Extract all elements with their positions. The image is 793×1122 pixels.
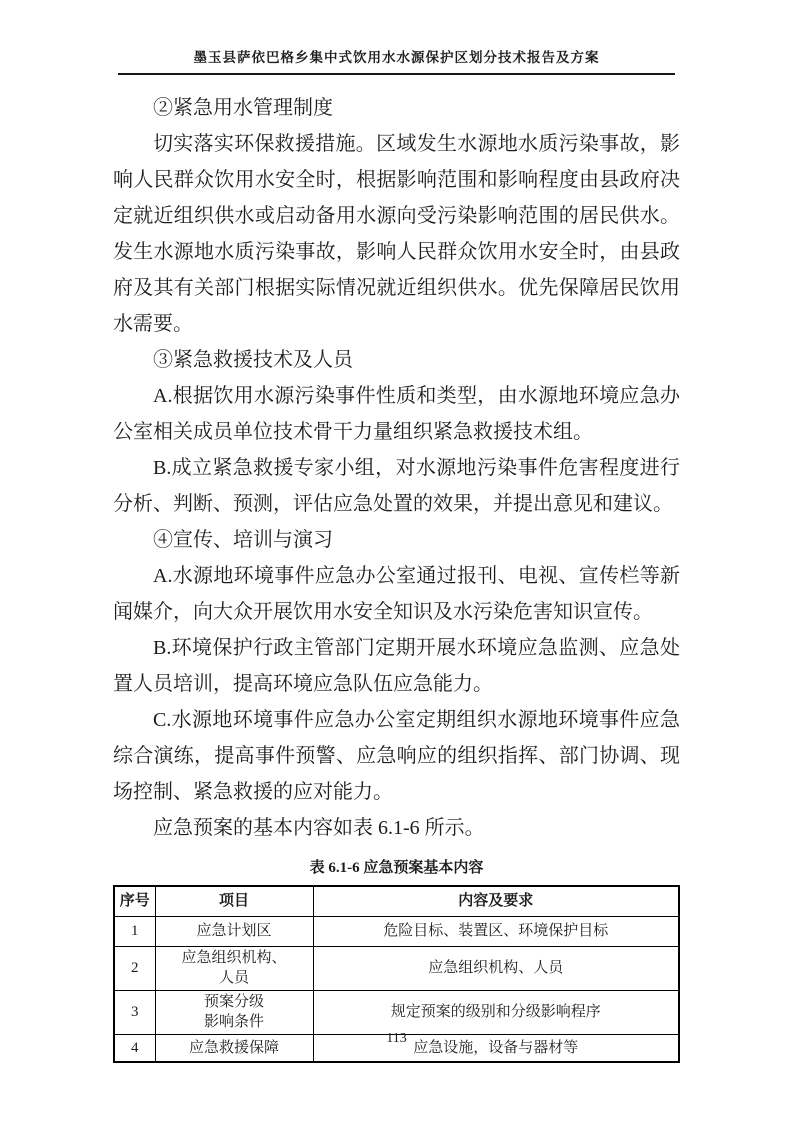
paragraph: B.环境保护行政主管部门定期开展水环境应急监测、应急处置人员培训，提高环境应急队… [113, 630, 680, 702]
paragraph: A.水源地环境事件应急办公室通过报刊、电视、宣传栏等新闻媒介，向大众开展饮用水安… [113, 558, 680, 630]
paragraph: B.成立紧急救援专家小组，对水源地污染事件危害程度进行分析、判断、预测，评估应急… [113, 450, 680, 522]
cell-item: 应急组织机构、 人员 [155, 946, 313, 990]
paragraph: A.根据饮用水源污染事件性质和类型，由水源地环境应急办公室相关成员单位技术骨干力… [113, 378, 680, 450]
table-row: 3 预案分级 影响条件 规定预案的级别和分级影响程序 [114, 990, 679, 1034]
cell-number: 1 [114, 916, 155, 946]
cell-content: 危险目标、装置区、环境保护目标 [313, 916, 679, 946]
paragraph: 切实落实环保救援措施。区域发生水源地水质污染事故，影响人民群众饮用水安全时，根据… [113, 126, 680, 342]
paragraph-heading-3: ③紧急救援技术及人员 [113, 342, 680, 378]
document-page: 墨玉县萨依巴格乡集中式饮用水水源保护区划分技术报告及方案 ②紧急用水管理制度 切… [0, 0, 793, 1122]
paragraph: C.水源地环境事件应急办公室定期组织水源地环境事件应急综合演练，提高事件预警、应… [113, 702, 680, 810]
cell-item: 应急计划区 [155, 916, 313, 946]
paragraph: 应急预案的基本内容如表 6.1-6 所示。 [113, 810, 680, 846]
cell-number: 2 [114, 946, 155, 990]
col-header-item: 项目 [155, 886, 313, 916]
col-header-content: 内容及要求 [313, 886, 679, 916]
running-header-title: 墨玉县萨依巴格乡集中式饮用水水源保护区划分技术报告及方案 [118, 46, 675, 75]
paragraph-heading-4: ④宣传、培训与演习 [113, 522, 680, 558]
cell-content: 规定预案的级别和分级影响程序 [313, 990, 679, 1034]
cell-content: 应急组织机构、人员 [313, 946, 679, 990]
table-row: 1 应急计划区 危险目标、装置区、环境保护目标 [114, 916, 679, 946]
page-number: 113 [0, 1031, 793, 1047]
col-header-number: 序号 [114, 886, 155, 916]
cell-number: 3 [114, 990, 155, 1034]
paragraph-heading-2: ②紧急用水管理制度 [113, 90, 680, 126]
table-caption: 表 6.1-6 应急预案基本内容 [113, 856, 680, 877]
table-header-row: 序号 项目 内容及要求 [114, 886, 679, 916]
document-body: ②紧急用水管理制度 切实落实环保救援措施。区域发生水源地水质污染事故，影响人民群… [113, 90, 680, 1063]
cell-item: 预案分级 影响条件 [155, 990, 313, 1034]
table-row: 2 应急组织机构、 人员 应急组织机构、人员 [114, 946, 679, 990]
